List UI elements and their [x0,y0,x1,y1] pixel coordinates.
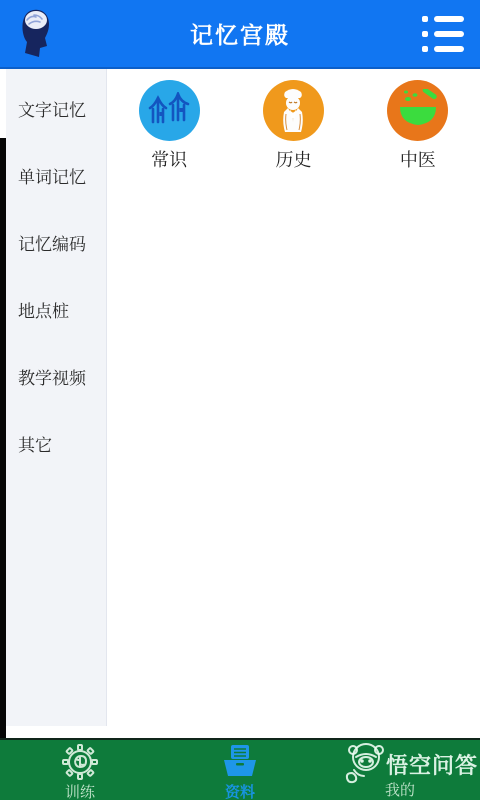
chinese-houses-icon [139,80,200,141]
sidebar-item-word-memory[interactable]: 单词记忆 [6,142,106,209]
category-label: 中医 [400,146,436,172]
category-common-knowledge[interactable]: 常识 [124,80,214,172]
sidebar-item-teaching-videos[interactable]: 教学视频 [6,343,106,410]
app-header: 记忆宫殿 [0,0,480,69]
category-label: 历史 [275,146,311,172]
gear-brain-icon [62,744,98,780]
memory-palace-app: 记忆宫殿 文字记忆 单词记忆 记忆编码 地点桩 教学视频 其它 [0,0,480,800]
bottom-tab-bar: 训练 资料 我的 [0,738,480,800]
tab-label: 训练 [65,781,95,800]
tab-mine[interactable]: 我的 [320,740,480,800]
mortar-pestle-icon [387,80,448,141]
main-panel: 常识 历史 [107,69,480,738]
category-history[interactable]: 历史 [248,80,338,172]
tab-training[interactable]: 训练 [0,740,160,800]
drawer-files-icon [220,744,260,780]
category-grid: 常识 历史 [107,80,480,172]
ancient-scholar-icon [263,80,324,141]
sidebar-item-others[interactable]: 其它 [6,410,106,477]
tab-label: 资料 [225,781,255,800]
category-sidebar: 文字记忆 单词记忆 记忆编码 地点桩 教学视频 其它 [6,69,107,726]
screen-edge-strip [0,138,6,738]
sidebar-item-location-pegs[interactable]: 地点桩 [6,276,106,343]
tab-materials[interactable]: 资料 [160,740,320,800]
sidebar-item-memory-encoding[interactable]: 记忆编码 [6,209,106,276]
page-title: 记忆宫殿 [0,17,480,50]
category-chinese-medicine[interactable]: 中医 [373,80,463,172]
tab-label: 我的 [385,779,415,800]
sidebar-item-text-memory[interactable]: 文字记忆 [6,75,106,142]
category-label: 常识 [151,146,187,172]
content-area: 文字记忆 单词记忆 记忆编码 地点桩 教学视频 其它 [0,69,480,738]
